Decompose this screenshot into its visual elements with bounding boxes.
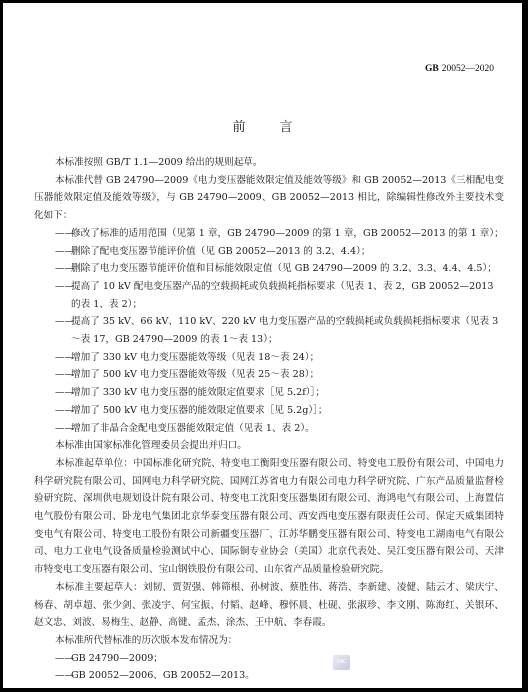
list-item: ——增加了非晶合金配电变压器能效限定值（见表 1、表 2）。 — [34, 420, 504, 438]
dash-bullet: —— — [55, 420, 71, 438]
list-item: ——提高了 35 kV、66 kV、110 kV、220 kV 电力变压器产品的… — [34, 313, 504, 348]
paragraph-history-intro: 本标准所代替标准的历次版本发布情况为： — [34, 632, 504, 650]
title-char-2: 言 — [280, 116, 293, 135]
page-title: 前言 — [3, 116, 522, 135]
changes-list: ——修改了标准的适用范围（见第 1 章，GB 24790—2009 的第 1 章… — [34, 225, 504, 437]
title-char-1: 前 — [232, 116, 245, 135]
dash-bullet: —— — [55, 366, 71, 384]
list-item: ——删除了配电变压器节能评价值（见 GB 20052—2013 的 3.2、4.… — [34, 243, 504, 261]
standard-number: 20052—2020 — [442, 64, 494, 74]
list-item: ——增加了 330 kV 电力变压器的能效限定值要求［见 5.2f）］； — [34, 384, 504, 402]
list-item: ——增加了 500 kV 电力变压器的能效限定值要求［见 5.2g）］； — [34, 402, 504, 420]
list-item: ——增加了 500 kV 电力变压器能效等级（见表 25～表 28）； — [34, 366, 504, 384]
dash-bullet: —— — [55, 313, 71, 331]
standard-prefix: GB — [425, 64, 439, 74]
dash-bullet: —— — [55, 384, 71, 402]
foreword-body: 本标准按照 GB/T 1.1—2009 给出的规则起草。 本标准代替 GB 24… — [34, 154, 504, 685]
dash-bullet: —— — [55, 278, 71, 296]
list-item: ——GB 24790—2009； — [34, 650, 504, 668]
document-page: GB20052—2020 前言 本标准按照 GB/T 1.1—2009 给出的规… — [3, 3, 522, 688]
dash-bullet: —— — [55, 243, 71, 261]
history-list: ——GB 24790—2009； ——GB 20052—2006、GB 2005… — [34, 650, 504, 685]
list-item: ——删除了电力变压器节能评价值和目标能效限定值（见 GB 24790—2009 … — [34, 260, 504, 278]
dash-bullet: —— — [55, 402, 71, 420]
dash-bullet: —— — [55, 349, 71, 367]
paragraph-drafting-units: 本标准起草单位：中国标准化研究院、特变电工衡阳变压器有限公司、特变电工股份有限公… — [34, 455, 504, 579]
dash-bullet: —— — [55, 650, 71, 668]
paragraph-replacement: 本标准代替 GB 24790—2009《电力变压器能效限定值及能效等级》和 GB… — [34, 172, 504, 225]
paragraph-drafting-rules: 本标准按照 GB/T 1.1—2009 给出的规则起草。 — [34, 154, 504, 172]
sac-watermark-icon: SAC — [333, 655, 350, 670]
paragraph-proposer: 本标准由国家标准化管理委员会提出并归口。 — [34, 437, 504, 455]
list-item: ——修改了标准的适用范围（见第 1 章，GB 24790—2009 的第 1 章… — [34, 225, 504, 243]
standard-number-header: GB20052—2020 — [425, 64, 494, 74]
dash-bullet: —— — [55, 225, 71, 243]
list-item: ——提高了 10 kV 配电变压器产品的空载损耗或负载损耗指标要求（见表 1、表… — [34, 278, 504, 313]
list-item: ——增加了 330 kV 电力变压器能效等级（见表 18～表 24）； — [34, 349, 504, 367]
list-item: ——GB 20052—2006、GB 20052—2013。 — [34, 667, 504, 685]
dash-bullet: —— — [55, 260, 71, 278]
dash-bullet: —— — [55, 667, 71, 685]
paragraph-drafters: 本标准主要起草人：刘韧、贾贺强、韩筛根、孙树波、蔡胜伟、蒋浩、李新建、凌健、陆云… — [34, 579, 504, 632]
